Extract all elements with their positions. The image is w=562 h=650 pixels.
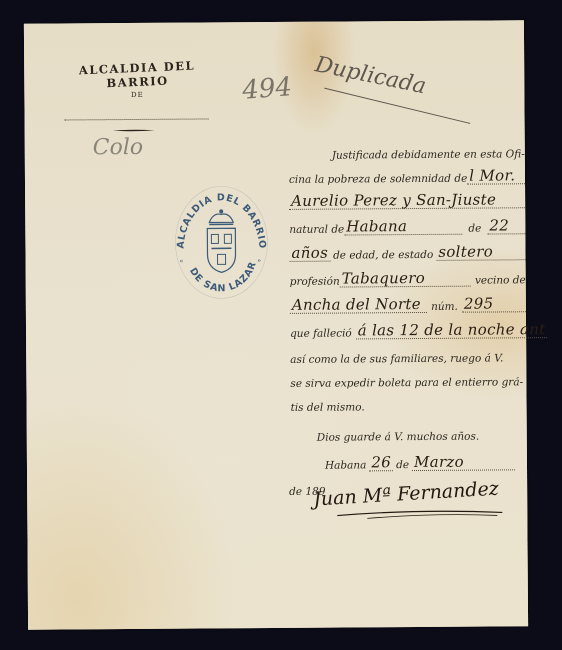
body-line-1: Justificada debidamente en esta Ofi-	[289, 138, 525, 162]
handwritten-house-number: 295	[462, 295, 526, 312]
body-line-8: que falleció á las 12 de la noche ant	[290, 316, 526, 340]
body-text: de	[468, 223, 481, 235]
handwritten-years: años	[289, 245, 330, 262]
document-page: ALCALDIA DEL BARRIO DE 494 Duplicada Col…	[24, 20, 528, 629]
ornament-rule-icon	[113, 129, 155, 132]
pencil-margin-note: Colo	[93, 135, 144, 160]
body-line-2: cina la pobreza de solemnidad de l Mor.	[289, 162, 525, 186]
pencil-number-annotation: 494	[241, 72, 293, 106]
closing-text: Dios guarde á V. muchos años.	[317, 431, 479, 444]
handwritten-time-of-death: á las 12 de la noche ant	[356, 321, 548, 339]
body-line-5: años de edad, de estado soltero	[289, 238, 525, 262]
body-line-6: profesión Tabaquero vecino de	[290, 264, 526, 288]
letterhead-title: ALCALDIA DEL BARRIO	[62, 58, 213, 92]
letterhead-subtitle: DE	[62, 90, 212, 99]
handwritten-profession: Tabaquero	[340, 270, 471, 288]
body-text: tis del mismo.	[291, 401, 365, 414]
handwritten-title: l Mor.	[467, 167, 525, 184]
body-text: núm.	[431, 301, 458, 313]
body-line-7: Ancha del Norte núm. 295	[290, 290, 526, 314]
body-line-11: tis del mismo.	[290, 390, 526, 414]
body-text: vecino de	[475, 274, 526, 286]
body-text: profesión	[290, 276, 340, 288]
svg-text:»: »	[258, 256, 262, 264]
svg-text:«: «	[180, 257, 184, 265]
letterhead: ALCALDIA DEL BARRIO DE	[62, 60, 212, 99]
body-text: natural de	[289, 224, 344, 236]
closing-line: Dios guarde á V. muchos años.	[317, 420, 527, 443]
barrio-blank-line	[65, 118, 209, 120]
handwritten-month: Marzo	[412, 453, 515, 471]
body-text: así como la de sus familiares, ruego á V…	[290, 352, 503, 365]
date-line: Habana 26 de Marzo	[325, 448, 515, 471]
body-text: que falleció	[290, 327, 352, 339]
body-line-3: Aurelio Perez y San-Jiuste	[289, 186, 525, 210]
handwritten-address: Ancha del Norte	[290, 296, 427, 314]
pencil-duplicada-annotation: Duplicada	[313, 52, 428, 99]
body-text: se sirva expedir boleta para el entierro…	[290, 376, 523, 390]
handwritten-birthplace: Habana	[344, 218, 462, 236]
body-line-10: se sirva expedir boleta para el entierro…	[290, 366, 526, 390]
body-text: Justificada debidamente en esta Ofi-	[332, 148, 525, 161]
handwritten-age: 22	[487, 217, 525, 234]
svg-text:ALCALDIA DEL BARRIO: ALCALDIA DEL BARRIO	[175, 192, 268, 250]
body-text: de edad, de estado	[333, 249, 433, 262]
date-de: de	[396, 459, 409, 471]
body-line-4: natural de Habana de 22	[289, 212, 525, 236]
handwritten-deceased-name: Aurelio Perez y San-Jiuste	[289, 191, 525, 210]
body-text: cina la pobreza de solemnidad de	[289, 173, 467, 186]
body-line-9: así como la de sus familiares, ruego á V…	[290, 342, 526, 366]
handwritten-marital-status: soltero	[436, 243, 525, 261]
date-place: Habana	[325, 459, 367, 471]
seal-stamp-icon: ALCALDIA DEL BARRIO DE SAN LAZARO « »	[173, 180, 270, 301]
handwritten-day: 26	[369, 454, 393, 471]
signature-flourish-icon	[327, 508, 507, 519]
